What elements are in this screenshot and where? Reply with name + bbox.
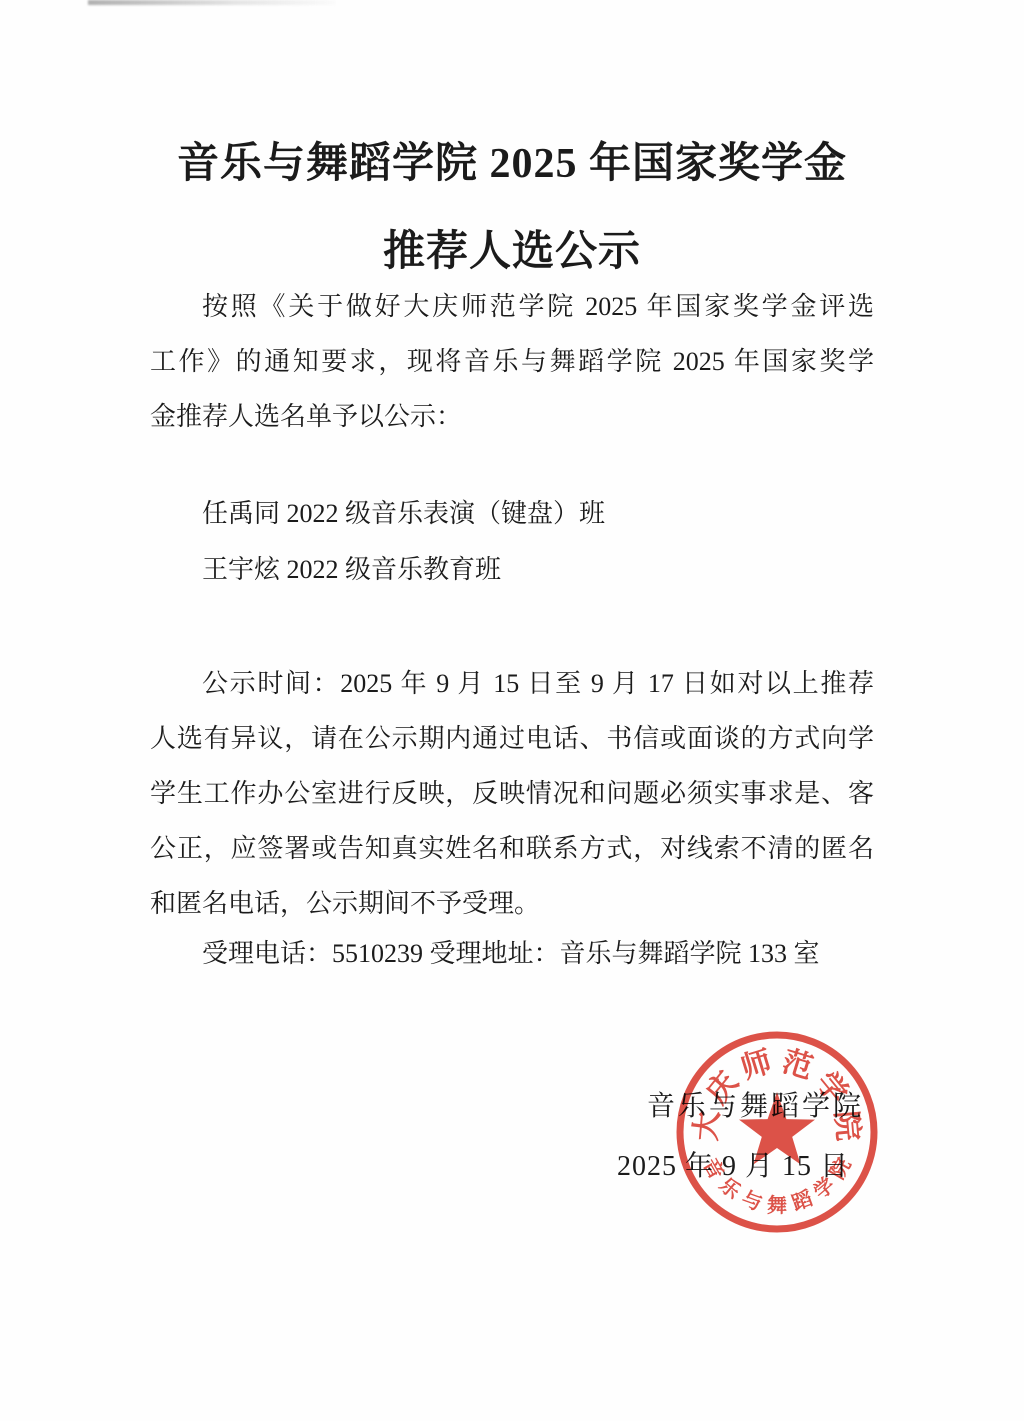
candidate-item: 王宇炫 2022 级音乐教育班 — [150, 542, 874, 598]
seal-bottom-char: 院 — [825, 1154, 856, 1183]
seal-bottom-char: 舞 — [767, 1193, 787, 1217]
notice-line: 公示时间：2025 年 9 月 15 日至 9 月 17 日如对以上推荐 — [150, 656, 874, 711]
document-title-line2: 推荐人选公示 — [0, 218, 1024, 278]
official-red-seal: 大 庆 师 范 学 院 音 乐 与 舞 蹈 学 院 — [672, 1027, 882, 1237]
notice-paragraph: 公示时间：2025 年 9 月 15 日至 9 月 17 日如对以上推荐 人选有… — [150, 656, 874, 931]
notice-line: 公正，应签署或告知真实姓名和联系方式，对线索不清的匿名信 — [150, 821, 874, 876]
intro-line: 金推荐人选名单予以公示： — [150, 389, 874, 444]
seal-bottom-char: 蹈 — [788, 1186, 815, 1215]
seal-star-icon — [739, 1092, 815, 1164]
seal-bottom-char: 与 — [739, 1186, 766, 1215]
candidate-item: 任禹同 2022 级音乐表演（键盘）班 — [150, 486, 874, 542]
announcement-document: 音乐与舞蹈学院 2025 年国家奖学金 推荐人选公示 按照《关于做好大庆师范学院… — [0, 0, 1024, 1421]
seal-ring-char: 庆 — [700, 1065, 745, 1110]
seal-ring-char: 大 — [690, 1110, 725, 1143]
contact-line: 受理电话：5510239 受理地址：音乐与舞蹈学院 133 室 — [150, 926, 874, 981]
notice-line: 学生工作办公室进行反映，反映情况和问题必须实事求是、客观 — [150, 766, 874, 821]
document-title-line1: 音乐与舞蹈学院 2025 年国家奖学金 — [0, 130, 1024, 190]
intro-paragraph: 按照《关于做好大庆师范学院 2025 年国家奖学金评选 工作》的通知要求，现将音… — [150, 279, 874, 444]
scan-artifact — [88, 0, 336, 5]
seal-ring-char: 院 — [829, 1110, 864, 1143]
contact-info: 受理电话：5510239 受理地址：音乐与舞蹈学院 133 室 — [150, 926, 874, 981]
intro-line: 工作》的通知要求，现将音乐与舞蹈学院 2025 年国家奖学 — [150, 334, 874, 389]
seal-ring-char: 学 — [809, 1066, 854, 1110]
seal-bottom-text: 音 乐 与 舞 蹈 学 院 — [698, 1154, 855, 1217]
seal-ring-char: 范 — [778, 1045, 816, 1085]
notice-line: 人选有异议，请在公示期内通过电话、书信或面谈的方式向学院 — [150, 711, 874, 766]
candidate-list: 任禹同 2022 级音乐表演（键盘）班 王宇炫 2022 级音乐教育班 — [150, 486, 874, 598]
notice-line: 和匿名电话，公示期间不予受理。 — [150, 876, 874, 931]
intro-line: 按照《关于做好大庆师范学院 2025 年国家奖学金评选 — [150, 279, 874, 334]
seal-ring-char: 师 — [737, 1045, 775, 1085]
